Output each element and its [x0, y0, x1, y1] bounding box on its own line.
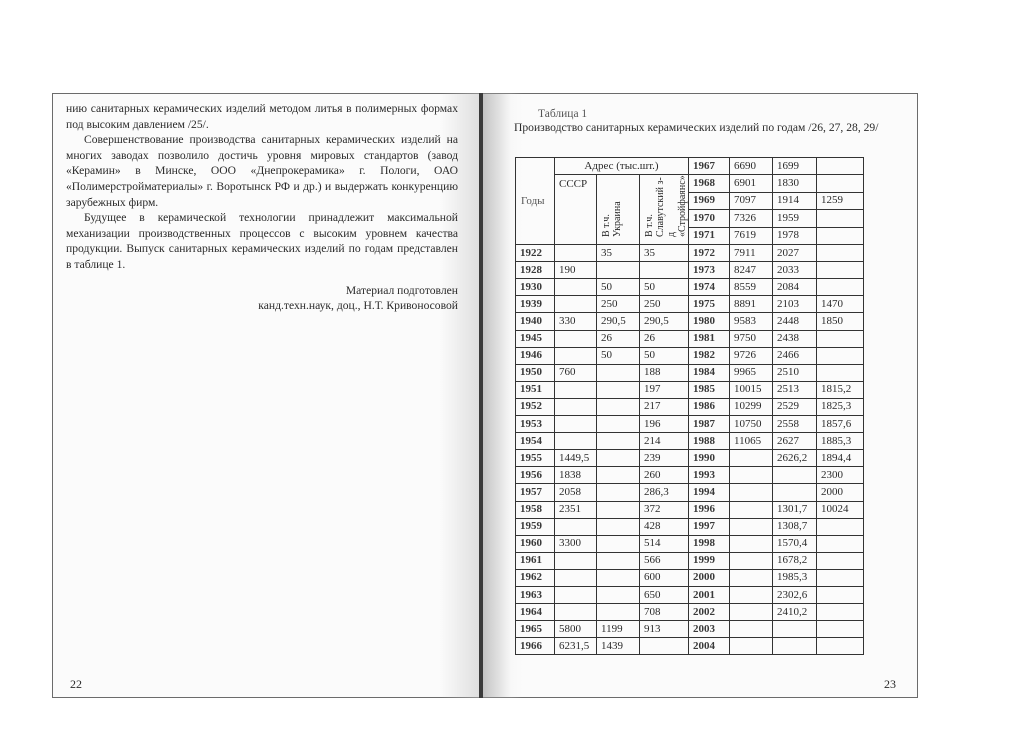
value-cell: [597, 416, 640, 433]
value-cell: [817, 621, 864, 638]
year-cell: 1990: [689, 450, 730, 467]
year-cell: 2004: [689, 638, 730, 655]
value-cell: [730, 501, 773, 518]
table-row: СССРВ т.ч. УкраинаВ т.ч. Славутский з-д …: [516, 175, 864, 193]
value-cell: [817, 227, 864, 245]
value-cell: 1959: [773, 210, 817, 228]
value-cell: 217: [640, 398, 689, 415]
table-row: 196470820022410,2: [516, 604, 864, 621]
year-cell: 1987: [689, 416, 730, 433]
value-cell: [597, 586, 640, 603]
value-cell: 8559: [730, 279, 773, 296]
value-cell: [555, 398, 597, 415]
table-row: 1958235137219961301,710024: [516, 501, 864, 518]
year-cell: 1964: [516, 604, 555, 621]
value-cell: [730, 604, 773, 621]
value-cell: 10750: [730, 416, 773, 433]
value-cell: 514: [640, 535, 689, 552]
signature-line: Материал подготовлен: [66, 283, 458, 298]
year-cell: 1940: [516, 313, 555, 330]
value-cell: 1815,2: [817, 381, 864, 398]
value-cell: [597, 569, 640, 586]
year-cell: 1969: [689, 192, 730, 210]
value-cell: 250: [597, 296, 640, 313]
value-cell: [817, 569, 864, 586]
value-cell: 650: [640, 586, 689, 603]
value-cell: 2626,2: [773, 450, 817, 467]
table-row: 195942819971308,7: [516, 518, 864, 535]
value-cell: 6231,5: [555, 638, 597, 655]
year-cell: 1975: [689, 296, 730, 313]
value-cell: [730, 569, 773, 586]
year-cell: 1966: [516, 638, 555, 655]
value-cell: [597, 535, 640, 552]
year-cell: 1982: [689, 347, 730, 364]
value-cell: [817, 518, 864, 535]
value-cell: [817, 158, 864, 175]
value-cell: 6690: [730, 158, 773, 175]
year-cell: 1953: [516, 416, 555, 433]
value-cell: 50: [597, 347, 640, 364]
table-row: 1956183826019932300: [516, 467, 864, 484]
value-cell: 1439: [597, 638, 640, 655]
value-cell: 1199: [597, 621, 640, 638]
value-cell: 2103: [773, 296, 817, 313]
table-row: 19392502501975889121031470: [516, 296, 864, 313]
table-row: 195221719861029925291825,3: [516, 398, 864, 415]
table-row: 1928190197382472033: [516, 262, 864, 279]
value-cell: 1978: [773, 227, 817, 245]
value-cell: 9965: [730, 364, 773, 381]
value-cell: [597, 262, 640, 279]
value-cell: 2351: [555, 501, 597, 518]
year-cell: 1955: [516, 450, 555, 467]
header-address: Адрес (тыс.шт.): [555, 158, 689, 175]
year-cell: 1962: [516, 569, 555, 586]
value-cell: 250: [640, 296, 689, 313]
year-cell: 1996: [689, 501, 730, 518]
year-cell: 1922: [516, 245, 555, 262]
value-cell: 260: [640, 467, 689, 484]
value-cell: [555, 604, 597, 621]
value-cell: 3300: [555, 535, 597, 552]
paragraph: нию санитарных керамических изделий мето…: [66, 101, 458, 132]
paragraph: Будущее в керамической технологии принад…: [66, 210, 458, 272]
value-cell: 10299: [730, 398, 773, 415]
value-cell: 708: [640, 604, 689, 621]
value-cell: [730, 484, 773, 501]
year-cell: 1970: [689, 210, 730, 228]
year-cell: 1951: [516, 381, 555, 398]
year-cell: 1973: [689, 262, 730, 279]
value-cell: [817, 175, 864, 193]
value-cell: 2084: [773, 279, 817, 296]
paragraph: Совершенствование производства санитарны…: [66, 132, 458, 210]
value-cell: [555, 569, 597, 586]
value-cell: [555, 381, 597, 398]
value-cell: 5800: [555, 621, 597, 638]
left-page-text: нию санитарных керамических изделий мето…: [66, 101, 458, 313]
value-cell: 2033: [773, 262, 817, 279]
year-cell: 1984: [689, 364, 730, 381]
value-cell: 2448: [773, 313, 817, 330]
page-number-right: 23: [884, 677, 896, 692]
value-cell: 2510: [773, 364, 817, 381]
table-title: Производство санитарных керамических изд…: [514, 121, 878, 134]
value-cell: 2627: [773, 433, 817, 450]
value-cell: 1449,5: [555, 450, 597, 467]
value-cell: 9583: [730, 313, 773, 330]
value-cell: 1699: [773, 158, 817, 175]
year-cell: 1954: [516, 433, 555, 450]
value-cell: [730, 535, 773, 552]
value-cell: 26: [640, 330, 689, 347]
table-row: 19465050198297262466: [516, 347, 864, 364]
value-cell: 50: [597, 279, 640, 296]
value-cell: [597, 604, 640, 621]
table-row: 19551449,523919902626,21894,4: [516, 450, 864, 467]
value-cell: 600: [640, 569, 689, 586]
value-cell: [597, 484, 640, 501]
value-cell: [817, 364, 864, 381]
value-cell: 26: [597, 330, 640, 347]
value-cell: [597, 501, 640, 518]
value-cell: [730, 552, 773, 569]
value-cell: [730, 638, 773, 655]
value-cell: 2529: [773, 398, 817, 415]
value-cell: [555, 279, 597, 296]
value-cell: [730, 450, 773, 467]
value-cell: 1885,3: [817, 433, 864, 450]
year-cell: 1998: [689, 535, 730, 552]
value-cell: 10015: [730, 381, 773, 398]
year-cell: 1985: [689, 381, 730, 398]
value-cell: 372: [640, 501, 689, 518]
year-cell: 1945: [516, 330, 555, 347]
value-cell: 6901: [730, 175, 773, 193]
value-cell: 286,3: [640, 484, 689, 501]
year-cell: 1968: [689, 175, 730, 193]
value-cell: 1985,3: [773, 569, 817, 586]
table-row: 195421419881106526271885,3: [516, 433, 864, 450]
value-cell: [555, 416, 597, 433]
value-cell: 197: [640, 381, 689, 398]
value-cell: 913: [640, 621, 689, 638]
header-ukraine-text: В т.ч. Украина: [601, 177, 623, 237]
value-cell: 9750: [730, 330, 773, 347]
year-cell: 1939: [516, 296, 555, 313]
value-cell: [597, 450, 640, 467]
year-cell: 1967: [689, 158, 730, 175]
value-cell: 2302,6: [773, 586, 817, 603]
table-row: 1940330290,5290,51980958324481850: [516, 313, 864, 330]
year-cell: 1963: [516, 586, 555, 603]
value-cell: [773, 467, 817, 484]
value-cell: [597, 364, 640, 381]
year-cell: 2001: [689, 586, 730, 603]
value-cell: [773, 484, 817, 501]
value-cell: [817, 210, 864, 228]
year-cell: 1980: [689, 313, 730, 330]
value-cell: 2466: [773, 347, 817, 364]
table-row: 1965580011999132003: [516, 621, 864, 638]
year-cell: 1928: [516, 262, 555, 279]
production-table: ГодыАдрес (тыс.шт.)196766901699СССРВ т.ч…: [515, 157, 864, 655]
table-row: 19305050197485592084: [516, 279, 864, 296]
table-label: Таблица 1: [538, 108, 587, 120]
header-slavuta-text: В т.ч. Славутский з-д «Стройфаянс»: [644, 177, 688, 237]
value-cell: 2513: [773, 381, 817, 398]
table-row: 1960330051419981570,4: [516, 535, 864, 552]
value-cell: 8891: [730, 296, 773, 313]
year-cell: 1971: [689, 227, 730, 245]
year-cell: 1993: [689, 467, 730, 484]
value-cell: [730, 586, 773, 603]
header-years: Годы: [516, 158, 555, 245]
value-cell: 7911: [730, 245, 773, 262]
value-cell: [730, 621, 773, 638]
year-cell: 1972: [689, 245, 730, 262]
value-cell: 2410,2: [773, 604, 817, 621]
value-cell: [730, 518, 773, 535]
table-row: 19572058286,319942000: [516, 484, 864, 501]
year-cell: 1950: [516, 364, 555, 381]
value-cell: 2000: [817, 484, 864, 501]
value-cell: 239: [640, 450, 689, 467]
year-cell: 1946: [516, 347, 555, 364]
year-cell: 1986: [689, 398, 730, 415]
value-cell: 10024: [817, 501, 864, 518]
table-row: 1950760188198499652510: [516, 364, 864, 381]
value-cell: 50: [640, 279, 689, 296]
value-cell: [817, 330, 864, 347]
value-cell: 190: [555, 262, 597, 279]
value-cell: [640, 638, 689, 655]
year-cell: 2000: [689, 569, 730, 586]
value-cell: [817, 638, 864, 655]
value-cell: [730, 467, 773, 484]
year-cell: 1988: [689, 433, 730, 450]
header-ukraine: В т.ч. Украина: [597, 175, 640, 245]
header-ussr: СССР: [555, 175, 597, 245]
table-row: 19666231,514392004: [516, 638, 864, 655]
value-cell: 760: [555, 364, 597, 381]
value-cell: 2438: [773, 330, 817, 347]
year-cell: 1997: [689, 518, 730, 535]
value-cell: 1894,4: [817, 450, 864, 467]
year-cell: 1957: [516, 484, 555, 501]
value-cell: [773, 621, 817, 638]
value-cell: [817, 347, 864, 364]
table-row: 196260020001985,3: [516, 569, 864, 586]
value-cell: 50: [640, 347, 689, 364]
year-cell: 1960: [516, 535, 555, 552]
value-cell: 1301,7: [773, 501, 817, 518]
value-cell: 1830: [773, 175, 817, 193]
value-cell: [817, 552, 864, 569]
value-cell: [597, 398, 640, 415]
value-cell: 290,5: [597, 313, 640, 330]
value-cell: 11065: [730, 433, 773, 450]
year-cell: 1959: [516, 518, 555, 535]
value-cell: 1259: [817, 192, 864, 210]
value-cell: 2027: [773, 245, 817, 262]
value-cell: 8247: [730, 262, 773, 279]
value-cell: 7326: [730, 210, 773, 228]
value-cell: 290,5: [640, 313, 689, 330]
year-cell: 1956: [516, 467, 555, 484]
value-cell: 196: [640, 416, 689, 433]
table-row: 195119719851001525131815,2: [516, 381, 864, 398]
year-cell: 1965: [516, 621, 555, 638]
value-cell: [555, 552, 597, 569]
value-cell: [817, 245, 864, 262]
year-cell: 1994: [689, 484, 730, 501]
header-slavuta: В т.ч. Славутский з-д «Стройфаянс»: [640, 175, 689, 245]
value-cell: 330: [555, 313, 597, 330]
value-cell: [555, 586, 597, 603]
table-row: 19223535197279112027: [516, 245, 864, 262]
value-cell: [555, 296, 597, 313]
table-row: ГодыАдрес (тыс.шт.)196766901699: [516, 158, 864, 175]
value-cell: 214: [640, 433, 689, 450]
value-cell: 1570,4: [773, 535, 817, 552]
value-cell: [640, 262, 689, 279]
value-cell: [817, 586, 864, 603]
value-cell: [555, 330, 597, 347]
value-cell: 7097: [730, 192, 773, 210]
value-cell: [597, 381, 640, 398]
value-cell: 35: [597, 245, 640, 262]
value-cell: 188: [640, 364, 689, 381]
year-cell: 2003: [689, 621, 730, 638]
value-cell: [597, 467, 640, 484]
table-row: 196365020012302,6: [516, 586, 864, 603]
value-cell: [555, 433, 597, 450]
value-cell: [817, 604, 864, 621]
year-cell: 1974: [689, 279, 730, 296]
value-cell: 1470: [817, 296, 864, 313]
year-cell: 1958: [516, 501, 555, 518]
table-row: 196156619991678,2: [516, 552, 864, 569]
value-cell: [555, 347, 597, 364]
year-cell: 1981: [689, 330, 730, 347]
value-cell: 1850: [817, 313, 864, 330]
value-cell: 1914: [773, 192, 817, 210]
table-row: 19452626198197502438: [516, 330, 864, 347]
year-cell: 2002: [689, 604, 730, 621]
value-cell: 2058: [555, 484, 597, 501]
value-cell: [555, 518, 597, 535]
year-cell: 1930: [516, 279, 555, 296]
signature: Материал подготовлен канд.техн.наук, доц…: [66, 283, 458, 313]
signature-author: канд.техн.наук, доц., Н.Т. Кривоносовой: [66, 298, 458, 313]
value-cell: 9726: [730, 347, 773, 364]
value-cell: 2558: [773, 416, 817, 433]
value-cell: 1308,7: [773, 518, 817, 535]
year-cell: 1952: [516, 398, 555, 415]
value-cell: 1678,2: [773, 552, 817, 569]
value-cell: 35: [640, 245, 689, 262]
value-cell: [597, 518, 640, 535]
value-cell: 428: [640, 518, 689, 535]
value-cell: 2300: [817, 467, 864, 484]
value-cell: 1825,3: [817, 398, 864, 415]
table-row: 195319619871075025581857,6: [516, 416, 864, 433]
value-cell: 1857,6: [817, 416, 864, 433]
value-cell: [817, 262, 864, 279]
value-cell: [817, 535, 864, 552]
value-cell: 7619: [730, 227, 773, 245]
year-cell: 1999: [689, 552, 730, 569]
value-cell: [597, 552, 640, 569]
page-number-left: 22: [70, 677, 82, 692]
value-cell: 566: [640, 552, 689, 569]
value-cell: [597, 433, 640, 450]
value-cell: [555, 245, 597, 262]
value-cell: 1838: [555, 467, 597, 484]
year-cell: 1961: [516, 552, 555, 569]
value-cell: [817, 279, 864, 296]
value-cell: [773, 638, 817, 655]
